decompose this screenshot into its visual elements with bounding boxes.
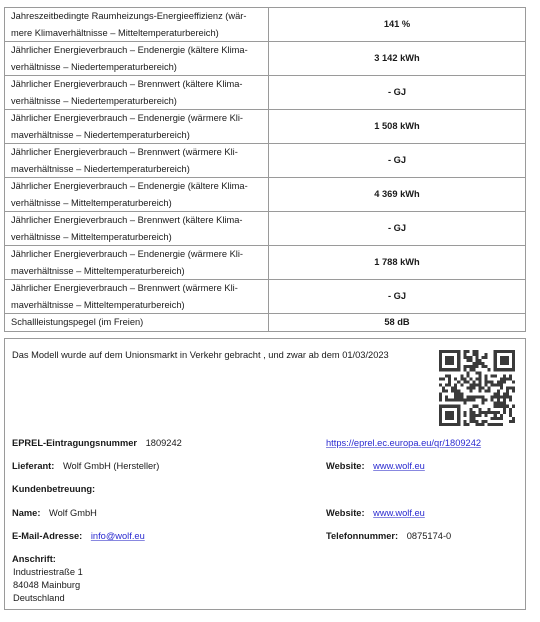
cs-address: Industriestraße 1 84048 Mainburg Deutsch…	[13, 566, 83, 605]
table-row: Jährlicher Energieverbrauch – Endenergie…	[5, 246, 526, 280]
cs-email-label: E-Mail-Adresse:	[12, 531, 82, 541]
table-row: Jährlicher Energieverbrauch – Brennwert …	[5, 144, 526, 178]
customer-service-label: Kundenbetreuung:	[12, 484, 95, 494]
market-placement-text: Das Modell wurde auf dem Unionsmarkt in …	[12, 349, 389, 362]
customer-service-heading: Kundenbetreuung:	[12, 483, 101, 496]
row-label: Jährlicher Energieverbrauch – Brennwert …	[5, 212, 269, 246]
row-label-line: Jährlicher Energieverbrauch – Endenergie…	[11, 246, 264, 263]
supplier-website-link[interactable]: www.wolf.eu	[373, 461, 425, 471]
row-label: Jährlicher Energieverbrauch – Endenergie…	[5, 178, 269, 212]
row-label-line: verhältnisse – Niedertemperaturbereich)	[11, 93, 264, 110]
eprel-label: EPREL-Eintragungsnummer	[12, 438, 137, 448]
row-value: 1 508 kWh	[269, 110, 526, 144]
cs-website-row: Website: www.wolf.eu	[326, 507, 425, 520]
row-value: 141 %	[269, 8, 526, 42]
supplier-website-label: Website:	[326, 461, 365, 471]
table-row: Jährlicher Energieverbrauch – Endenergie…	[5, 42, 526, 76]
row-label-line: Jährlicher Energieverbrauch – Brennwert …	[11, 212, 264, 229]
row-label: Jährlicher Energieverbrauch – Brennwert …	[5, 280, 269, 314]
row-value: - GJ	[269, 280, 526, 314]
qr-code-icon[interactable]	[439, 350, 515, 426]
row-value: - GJ	[269, 212, 526, 246]
supplier-website-row: Website: www.wolf.eu	[326, 460, 425, 473]
address-line: Deutschland	[13, 592, 83, 605]
address-line: 84048 Mainburg	[13, 579, 83, 592]
row-label-line: maverhältnisse – Niedertemperaturbereich…	[11, 127, 264, 144]
eprel-url-row: https://eprel.ec.europa.eu/qr/1809242	[326, 437, 481, 450]
model-info-box: Das Modell wurde auf dem Unionsmarkt in …	[4, 338, 526, 610]
row-value: - GJ	[269, 144, 526, 178]
row-label-line: maverhältnisse – Mitteltemperaturbereich…	[11, 263, 264, 280]
cs-email-link[interactable]: info@wolf.eu	[91, 531, 145, 541]
row-value: 3 142 kWh	[269, 42, 526, 76]
row-label-line: mere Klimaverhältnisse – Mitteltemperatu…	[11, 25, 264, 42]
row-label: Jährlicher Energieverbrauch – Endenergie…	[5, 42, 269, 76]
row-label-line: verhältnisse – Mitteltemperaturbereich)	[11, 195, 264, 212]
row-label-line: Jährlicher Energieverbrauch – Brennwert …	[11, 76, 264, 93]
specification-table: Jahreszeitbedingte Raumheizungs-Energiee…	[4, 7, 526, 332]
cs-phone-label: Telefonnummer:	[326, 531, 398, 541]
row-label-line: Jährlicher Energieverbrauch – Endenergie…	[11, 42, 264, 59]
row-label-line: verhältnisse – Mitteltemperaturbereich)	[11, 229, 264, 246]
table-row: Jahreszeitbedingte Raumheizungs-Energiee…	[5, 8, 526, 42]
row-label-line: maverhältnisse – Niedertemperaturbereich…	[11, 161, 264, 178]
eprel-row: EPREL-Eintragungsnummer 1809242	[12, 437, 182, 450]
row-value: - GJ	[269, 76, 526, 110]
cs-phone-value: 0875174-0	[407, 531, 451, 541]
row-label: Jährlicher Energieverbrauch – Endenergie…	[5, 110, 269, 144]
row-label-line: Jährlicher Energieverbrauch – Brennwert …	[11, 280, 264, 297]
row-label-line: Jährlicher Energieverbrauch – Brennwert …	[11, 144, 264, 161]
row-label: Jährlicher Energieverbrauch – Brennwert …	[5, 144, 269, 178]
row-label-line: Jährlicher Energieverbrauch – Endenergie…	[11, 178, 264, 195]
cs-name-row: Name: Wolf GmbH	[12, 507, 97, 520]
cs-email-row: E-Mail-Adresse: info@wolf.eu	[12, 530, 145, 543]
row-value: 1 788 kWh	[269, 246, 526, 280]
eprel-url-link[interactable]: https://eprel.ec.europa.eu/qr/1809242	[326, 438, 481, 448]
table-row: Schallleistungspegel (im Freien)58 dB	[5, 314, 526, 332]
row-label: Jährlicher Energieverbrauch – Endenergie…	[5, 246, 269, 280]
cs-address-heading: Anschrift:	[12, 553, 62, 566]
row-label: Schallleistungspegel (im Freien)	[5, 314, 269, 332]
row-label: Jährlicher Energieverbrauch – Brennwert …	[5, 76, 269, 110]
row-label-line: Jahreszeitbedingte Raumheizungs-Energiee…	[11, 8, 264, 25]
row-label-line: Jährlicher Energieverbrauch – Endenergie…	[11, 110, 264, 127]
cs-name-value: Wolf GmbH	[49, 508, 97, 518]
row-value: 4 369 kWh	[269, 178, 526, 212]
cs-name-label: Name:	[12, 508, 40, 518]
eprel-number: 1809242	[146, 438, 182, 448]
table-row: Jährlicher Energieverbrauch – Brennwert …	[5, 76, 526, 110]
cs-website-link[interactable]: www.wolf.eu	[373, 508, 425, 518]
table-row: Jährlicher Energieverbrauch – Endenergie…	[5, 110, 526, 144]
supplier-value: Wolf GmbH (Hersteller)	[63, 461, 159, 471]
cs-address-label: Anschrift:	[12, 554, 56, 564]
table-row: Jährlicher Energieverbrauch – Endenergie…	[5, 178, 526, 212]
address-line: Industriestraße 1	[13, 566, 83, 579]
table-row: Jährlicher Energieverbrauch – Brennwert …	[5, 212, 526, 246]
row-label-line: verhältnisse – Niedertemperaturbereich)	[11, 59, 264, 76]
row-label-line: Schallleistungspegel (im Freien)	[11, 314, 264, 331]
cs-phone-row: Telefonnummer: 0875174-0	[326, 530, 451, 543]
supplier-label: Lieferant:	[12, 461, 54, 471]
cs-website-label: Website:	[326, 508, 365, 518]
row-label: Jahreszeitbedingte Raumheizungs-Energiee…	[5, 8, 269, 42]
table-row: Jährlicher Energieverbrauch – Brennwert …	[5, 280, 526, 314]
row-label-line: maverhältnisse – Mitteltemperaturbereich…	[11, 297, 264, 314]
row-value: 58 dB	[269, 314, 526, 332]
supplier-row: Lieferant: Wolf GmbH (Hersteller)	[12, 460, 159, 473]
